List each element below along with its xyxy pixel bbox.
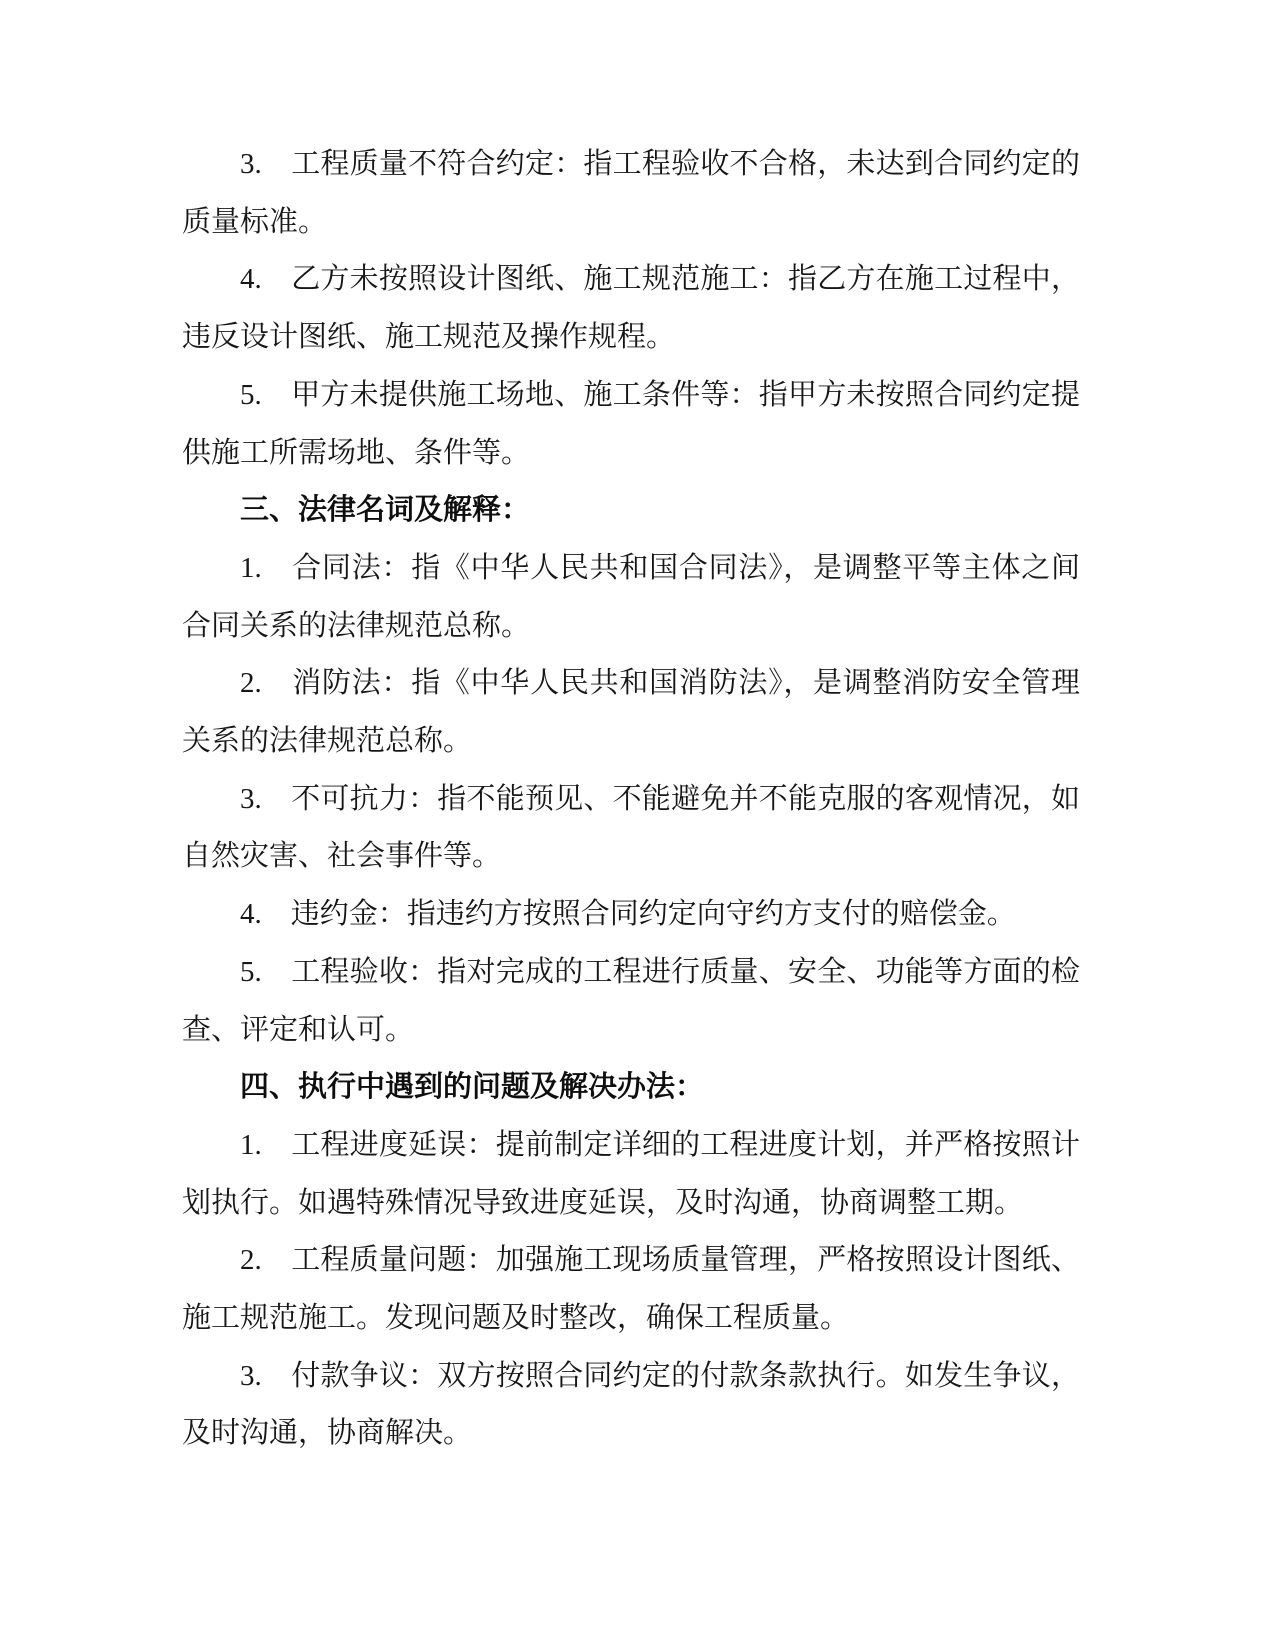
issue-schedule-delay: 1. 工程进度延误：提前制定详细的工程进度计划，并严格按照计划执行。如遇特殊情况… xyxy=(182,1117,1080,1232)
clause-partyb-violation: 4. 乙方未按照设计图纸、施工规范施工：指乙方在施工过程中，违反设计图纸、施工规… xyxy=(182,251,1080,366)
term-project-acceptance: 5. 工程验收：指对完成的工程进行质量、安全、功能等方面的检查、评定和认可。 xyxy=(182,944,1080,1059)
section-heading-legal-terms: 三、法律名词及解释： xyxy=(182,482,1080,540)
document-body: 3. 工程质量不符合约定：指工程验收不合格，未达到合同约定的质量标准。 4. 乙… xyxy=(182,136,1080,1463)
term-force-majeure: 3. 不可抗力：指不能预见、不能避免并不能克服的客观情况，如自然灾害、社会事件等… xyxy=(182,771,1080,886)
clause-quality-nonconformance: 3. 工程质量不符合约定：指工程验收不合格，未达到合同约定的质量标准。 xyxy=(182,136,1080,251)
clause-partya-site-failure: 5. 甲方未提供施工场地、施工条件等：指甲方未按照合同约定提供施工所需场地、条件… xyxy=(182,367,1080,482)
term-liquidated-damages: 4. 违约金：指违约方按照合同约定向守约方支付的赔偿金。 xyxy=(182,886,1080,944)
term-fire-law: 2. 消防法：指《中华人民共和国消防法》，是调整消防安全管理关系的法律规范总称。 xyxy=(182,655,1080,770)
document-page: 3. 工程质量不符合约定：指工程验收不合格，未达到合同约定的质量标准。 4. 乙… xyxy=(0,0,1275,1650)
section-heading-issues-solutions: 四、执行中遇到的问题及解决办法： xyxy=(182,1059,1080,1117)
issue-payment-dispute: 3. 付款争议：双方按照合同约定的付款条款执行。如发生争议，及时沟通，协商解决。 xyxy=(182,1348,1080,1463)
issue-quality-problem: 2. 工程质量问题：加强施工现场质量管理，严格按照设计图纸、施工规范施工。发现问… xyxy=(182,1232,1080,1347)
term-contract-law: 1. 合同法：指《中华人民共和国合同法》，是调整平等主体之间合同关系的法律规范总… xyxy=(182,540,1080,655)
